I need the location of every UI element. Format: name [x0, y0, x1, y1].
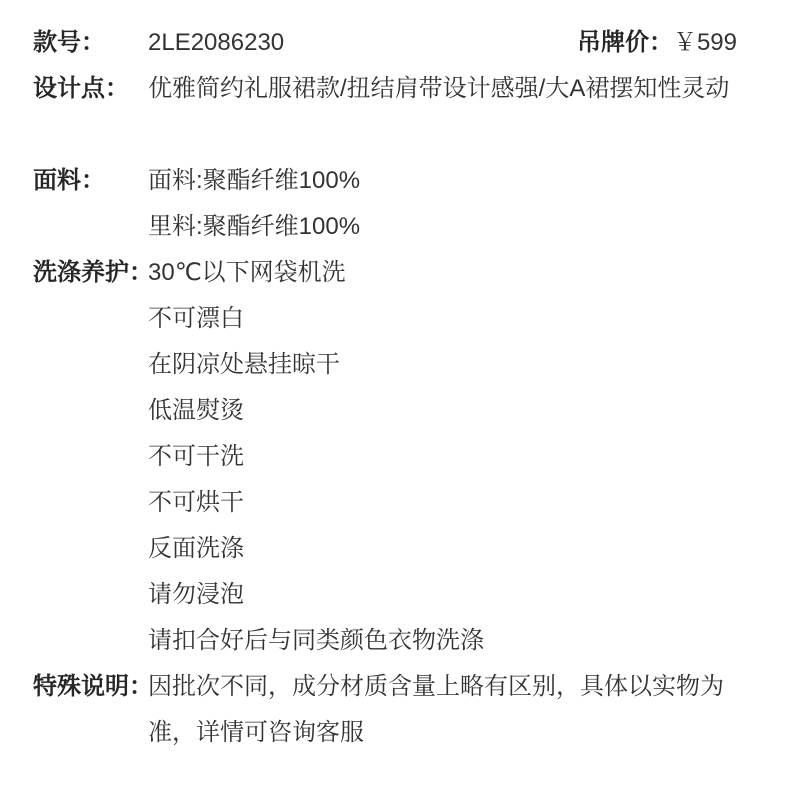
care-line: 30℃以下网袋机洗	[148, 250, 737, 296]
care-line: 请扣合好后与同类颜色衣物洗涤	[148, 618, 737, 664]
design-points-label: 设计点：	[33, 66, 148, 112]
care-line: 不可烘干	[148, 480, 737, 526]
fabric-line: 里料:聚酯纤维100%	[148, 204, 737, 250]
fabric-line: 面料:聚酯纤维100%	[148, 158, 737, 204]
row-fabric: 面料： 面料:聚酯纤维100%里料:聚酯纤维100%	[33, 158, 737, 250]
section-gap	[33, 112, 737, 158]
special-note-label: 特殊说明：	[33, 664, 148, 710]
style-number-row-content: 2LE2086230 吊牌价：￥599	[148, 20, 737, 66]
care-line: 不可干洗	[148, 434, 737, 480]
style-number-value: 2LE2086230	[148, 20, 284, 66]
care-line: 反面洗涤	[148, 526, 737, 572]
care-line: 在阴凉处悬挂晾干	[148, 342, 737, 388]
special-note-value: 因批次不同，成分材质含量上略有区别，具体以实物为准，详情可咨询客服	[148, 664, 737, 756]
tag-price-group: 吊牌价：￥599	[577, 20, 737, 66]
care-line: 请勿浸泡	[148, 572, 737, 618]
row-care: 洗涤养护： 30℃以下网袋机洗不可漂白在阴凉处悬挂晾干低温熨烫不可干洗不可烘干反…	[33, 250, 737, 664]
care-label: 洗涤养护：	[33, 250, 148, 296]
tag-price-value: ￥599	[673, 29, 737, 56]
care-lines: 30℃以下网袋机洗不可漂白在阴凉处悬挂晾干低温熨烫不可干洗不可烘干反面洗涤请勿浸…	[148, 250, 737, 664]
fabric-lines: 面料:聚酯纤维100%里料:聚酯纤维100%	[148, 158, 737, 250]
product-spec-sheet: 款号： 2LE2086230 吊牌价：￥599 设计点： 优雅简约礼服裙款/扭结…	[0, 0, 790, 756]
fabric-label: 面料：	[33, 158, 148, 204]
tag-price-label: 吊牌价：	[577, 29, 673, 56]
care-line: 不可漂白	[148, 296, 737, 342]
style-number-label: 款号：	[33, 20, 148, 66]
care-line: 低温熨烫	[148, 388, 737, 434]
row-design-points: 设计点： 优雅简约礼服裙款/扭结肩带设计感强/大A裙摆知性灵动	[33, 66, 737, 112]
row-special-note: 特殊说明： 因批次不同，成分材质含量上略有区别，具体以实物为准，详情可咨询客服	[33, 664, 737, 756]
design-points-value: 优雅简约礼服裙款/扭结肩带设计感强/大A裙摆知性灵动	[148, 66, 737, 112]
row-style-number: 款号： 2LE2086230 吊牌价：￥599	[33, 20, 737, 66]
